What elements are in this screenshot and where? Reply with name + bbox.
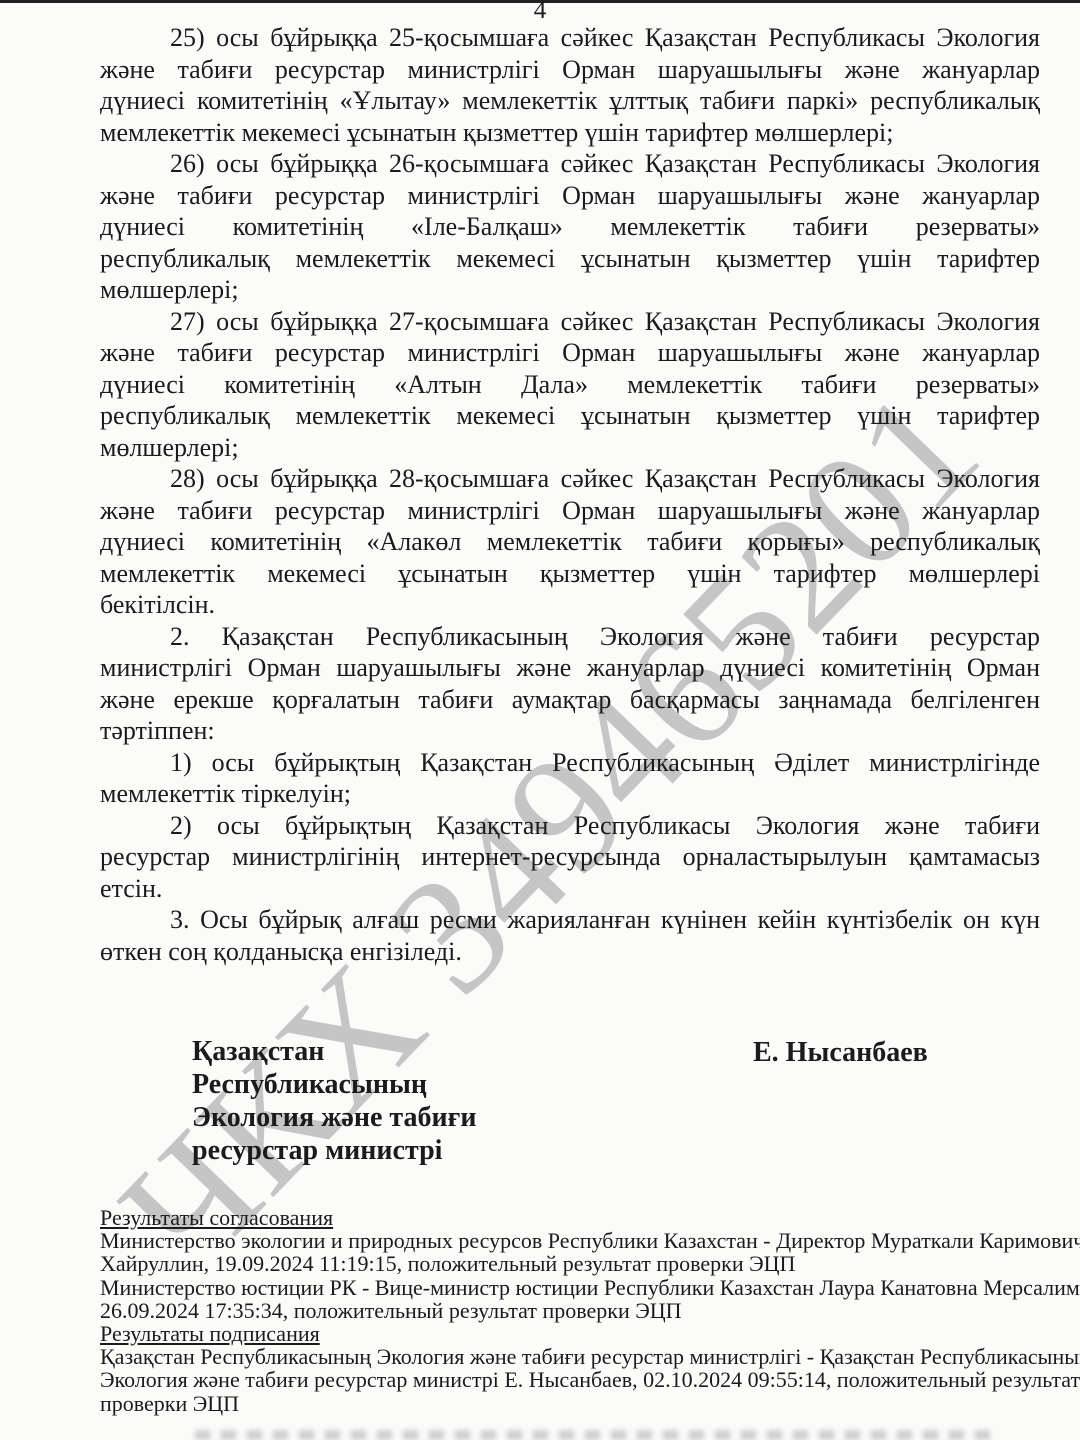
text-line: министрлігі Орман шаруашылығы және жануа…: [100, 652, 1040, 684]
text-line: және табиғи ресурстар министрлігі Орман …: [100, 495, 1040, 527]
agreement-result-line: Министерство юстиции РК - Вице-министр ю…: [100, 1276, 1070, 1299]
text-line: дүниесі комитетінің «Іле-Балқаш» мемлеке…: [100, 211, 1040, 243]
text-line: 25) осы бұйрыққа 25-қосымшаға сәйкес Қаз…: [100, 22, 1040, 54]
page-number: 4: [0, 0, 1080, 25]
signing-result-line: проверки ЭЦП: [100, 1392, 1070, 1415]
text-line: 27) осы бұйрыққа 27-қосымшаға сәйкес Қаз…: [100, 306, 1040, 338]
agreement-result-line: Министерство экологии и природных ресурс…: [100, 1229, 1070, 1252]
minister-title-line: Республикасының: [192, 1068, 532, 1101]
text-line: мемлекеттік тіркелуін;: [100, 778, 1040, 810]
signing-results-heading: Результаты подписания: [100, 1322, 1070, 1345]
text-line: 28) осы бұйрыққа 28-қосымшаға сәйкес Қаз…: [100, 463, 1040, 495]
minister-title-line: Қазақстан: [192, 1035, 532, 1068]
agreement-result-line: 26.09.2024 17:35:34, положительный резул…: [100, 1299, 1070, 1322]
text-line: және табиғи ресурстар министрлігі Орман …: [100, 337, 1040, 369]
text-line: дүниесі комитетінің «Алакөл мемлекеттік …: [100, 526, 1040, 558]
esignature-results-footer: Результаты согласования Министерство эко…: [100, 1206, 1070, 1415]
text-line: 2. Қазақстан Республикасының Экология жә…: [100, 621, 1040, 653]
minister-name: Е. Нысанбаев: [753, 1037, 928, 1069]
signing-result-line: Экология және табиғи ресурстар министрі …: [100, 1368, 1070, 1391]
text-line: етсін.: [100, 873, 1040, 905]
signature-block: Қазақстан Республикасының Экология және …: [192, 1035, 532, 1167]
paragraph-27: 27) осы бұйрыққа 27-қосымшаға сәйкес Қаз…: [100, 306, 1040, 464]
text-line: және ерекше қорғалатын табиғи аумақтар б…: [100, 684, 1040, 716]
agreement-result-line: Хайруллин, 19.09.2024 11:19:15, положите…: [100, 1252, 1070, 1275]
text-line: бекітілсін.: [100, 589, 1040, 621]
text-line: және табиғи ресурстар министрлігі Орман …: [100, 180, 1040, 212]
text-line: ресурстар министрлігінің интернет-ресурс…: [100, 841, 1040, 873]
paragraph-25: 25) осы бұйрыққа 25-қосымшаға сәйкес Қаз…: [100, 22, 1040, 148]
paragraph-3: 3. Осы бұйрық алғаш ресми жарияланған кү…: [100, 904, 1040, 967]
signing-result-line: Қазақстан Республикасының Экология және …: [100, 1345, 1070, 1368]
order-body-text: 25) осы бұйрыққа 25-қосымшаға сәйкес Қаз…: [100, 22, 1040, 967]
text-line: 26) осы бұйрыққа 26-қосымшаға сәйкес Қаз…: [100, 148, 1040, 180]
text-line: және табиғи ресурстар министрлігі Орман …: [100, 54, 1040, 86]
text-line: 1) осы бұйрықтың Қазақстан Республикасын…: [100, 747, 1040, 779]
text-line: мөлшерлері;: [100, 274, 1040, 306]
text-line: мөлшерлері;: [100, 432, 1040, 464]
text-line: республикалық мемлекеттік мекемесі ұсына…: [100, 243, 1040, 275]
text-line: мемлекеттік мекемесі ұсынатын қызметтер …: [100, 117, 1040, 149]
paragraph-28: 28) осы бұйрыққа 28-қосымшаға сәйкес Қаз…: [100, 463, 1040, 621]
text-line: өткен соң қолданысқа енгізіледі.: [100, 936, 1040, 968]
document-scan-page: 4 ЧКХ 349465201 25) осы бұйрыққа 25-қосы…: [0, 0, 1080, 1440]
text-line: 2) осы бұйрықтың Қазақстан Республикасы …: [100, 810, 1040, 842]
paragraph-26: 26) осы бұйрыққа 26-қосымшаға сәйкес Қаз…: [100, 148, 1040, 306]
text-line: 3. Осы бұйрық алғаш ресми жарияланған кү…: [100, 904, 1040, 936]
paragraph-2-subpoint-2: 2) осы бұйрықтың Қазақстан Республикасы …: [100, 810, 1040, 905]
text-line: мемлекеттік мекемесі ұсынатын қызметтер …: [100, 558, 1040, 590]
paragraph-2-subpoint-1: 1) осы бұйрықтың Қазақстан Республикасын…: [100, 747, 1040, 810]
minister-title-line: Экология және табиғи: [192, 1101, 532, 1134]
text-line: тәртіппен:: [100, 715, 1040, 747]
minister-title-line: ресурстар министрі: [192, 1134, 532, 1167]
text-line: республикалық мемлекеттік мекемесі ұсына…: [100, 400, 1040, 432]
agreement-results-heading: Результаты согласования: [100, 1206, 1070, 1229]
text-line: дүниесі комитетінің «Ұлытау» мемлекеттік…: [100, 85, 1040, 117]
cut-off-text-remnant: [195, 1430, 990, 1440]
paragraph-2: 2. Қазақстан Республикасының Экология жә…: [100, 621, 1040, 747]
text-line: дүниесі комитетінің «Алтын Дала» мемлеке…: [100, 369, 1040, 401]
